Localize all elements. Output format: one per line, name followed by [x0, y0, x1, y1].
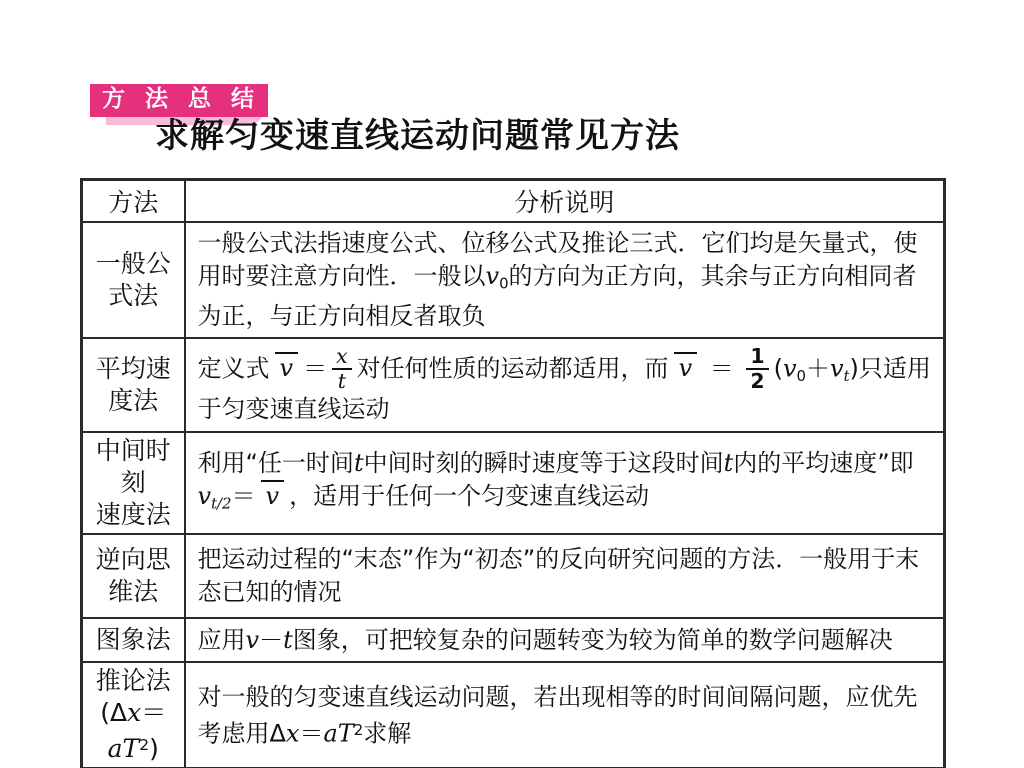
- table-header-row: 方法 分析说明: [82, 180, 945, 223]
- avg-velocity-symbol: v: [275, 352, 299, 381]
- method-line: 图象法: [85, 624, 182, 656]
- table-row: 一般公式法一般公式法指速度公式、位移公式及推论三式．它们均是矢量式，使用时要注意…: [82, 222, 945, 338]
- method-cell: 一般公式法: [82, 222, 185, 338]
- method-line: 维法: [85, 576, 182, 608]
- table-row: 图象法应用v－t图象，可把较复杂的问题转变为较为简单的数学问题解决: [82, 618, 945, 662]
- method-cell: 推论法(Δx＝aT2): [82, 662, 185, 768]
- fraction: 12: [746, 345, 768, 394]
- table-row: 平均速度法定义式v＝xt对任何性质的运动都适用，而v ＝ 12(v0＋vt)只适…: [82, 338, 945, 432]
- method-line: 逆向思: [85, 544, 182, 576]
- column-header-method: 方法: [82, 180, 185, 223]
- method-line: 平均速: [85, 353, 182, 385]
- method-line: (Δx＝: [85, 697, 182, 729]
- methods-table: 方法 分析说明 一般公式法一般公式法指速度公式、位移公式及推论三式．它们均是矢量…: [80, 178, 946, 768]
- method-line: 一般公: [85, 248, 182, 280]
- method-line: 刻: [85, 467, 182, 499]
- analysis-cell: 定义式v＝xt对任何性质的运动都适用，而v ＝ 12(v0＋vt)只适用于匀变速…: [185, 338, 945, 432]
- method-line: 推论法: [85, 665, 182, 697]
- table-row: 推论法(Δx＝aT2)对一般的匀变速直线运动问题，若出现相等的时间间隔问题，应优…: [82, 662, 945, 768]
- column-header-analysis: 分析说明: [185, 180, 945, 223]
- analysis-cell: 一般公式法指速度公式、位移公式及推论三式．它们均是矢量式，使用时要注意方向性．一…: [185, 222, 945, 338]
- page-title: 求解匀变速直线运动问题常见方法: [155, 108, 680, 157]
- method-line: 度法: [85, 385, 182, 417]
- method-line: 中间时: [85, 435, 182, 467]
- analysis-cell: 把运动过程的“末态”作为“初态”的反向研究问题的方法．一般用于末态已知的情况: [185, 534, 945, 618]
- method-line: aT2): [85, 729, 182, 765]
- method-cell: 图象法: [82, 618, 185, 662]
- table-body: 一般公式法一般公式法指速度公式、位移公式及推论三式．它们均是矢量式，使用时要注意…: [82, 222, 945, 768]
- avg-velocity-symbol: v: [261, 480, 285, 509]
- method-line: 速度法: [85, 499, 182, 531]
- table-row: 中间时刻速度法利用“任一时间t中间时刻的瞬时速度等于这段时间t内的平均速度”即v…: [82, 432, 945, 534]
- slide: 方 法 总 结 求解匀变速直线运动问题常见方法 方法 分析说明 一般公式法一般公…: [0, 0, 1024, 768]
- method-line: 式法: [85, 280, 182, 312]
- fraction: xt: [332, 345, 352, 394]
- method-cell: 逆向思维法: [82, 534, 185, 618]
- analysis-cell: 应用v－t图象，可把较复杂的问题转变为较为简单的数学问题解决: [185, 618, 945, 662]
- table-row: 逆向思维法把运动过程的“末态”作为“初态”的反向研究问题的方法．一般用于末态已知…: [82, 534, 945, 618]
- analysis-cell: 对一般的匀变速直线运动问题，若出现相等的时间间隔问题，应优先考虑用Δx＝aT2求…: [185, 662, 945, 768]
- method-cell: 平均速度法: [82, 338, 185, 432]
- avg-velocity-symbol: v: [674, 352, 698, 381]
- method-cell: 中间时刻速度法: [82, 432, 185, 534]
- analysis-cell: 利用“任一时间t中间时刻的瞬时速度等于这段时间t内的平均速度”即vt/2＝v，适…: [185, 432, 945, 534]
